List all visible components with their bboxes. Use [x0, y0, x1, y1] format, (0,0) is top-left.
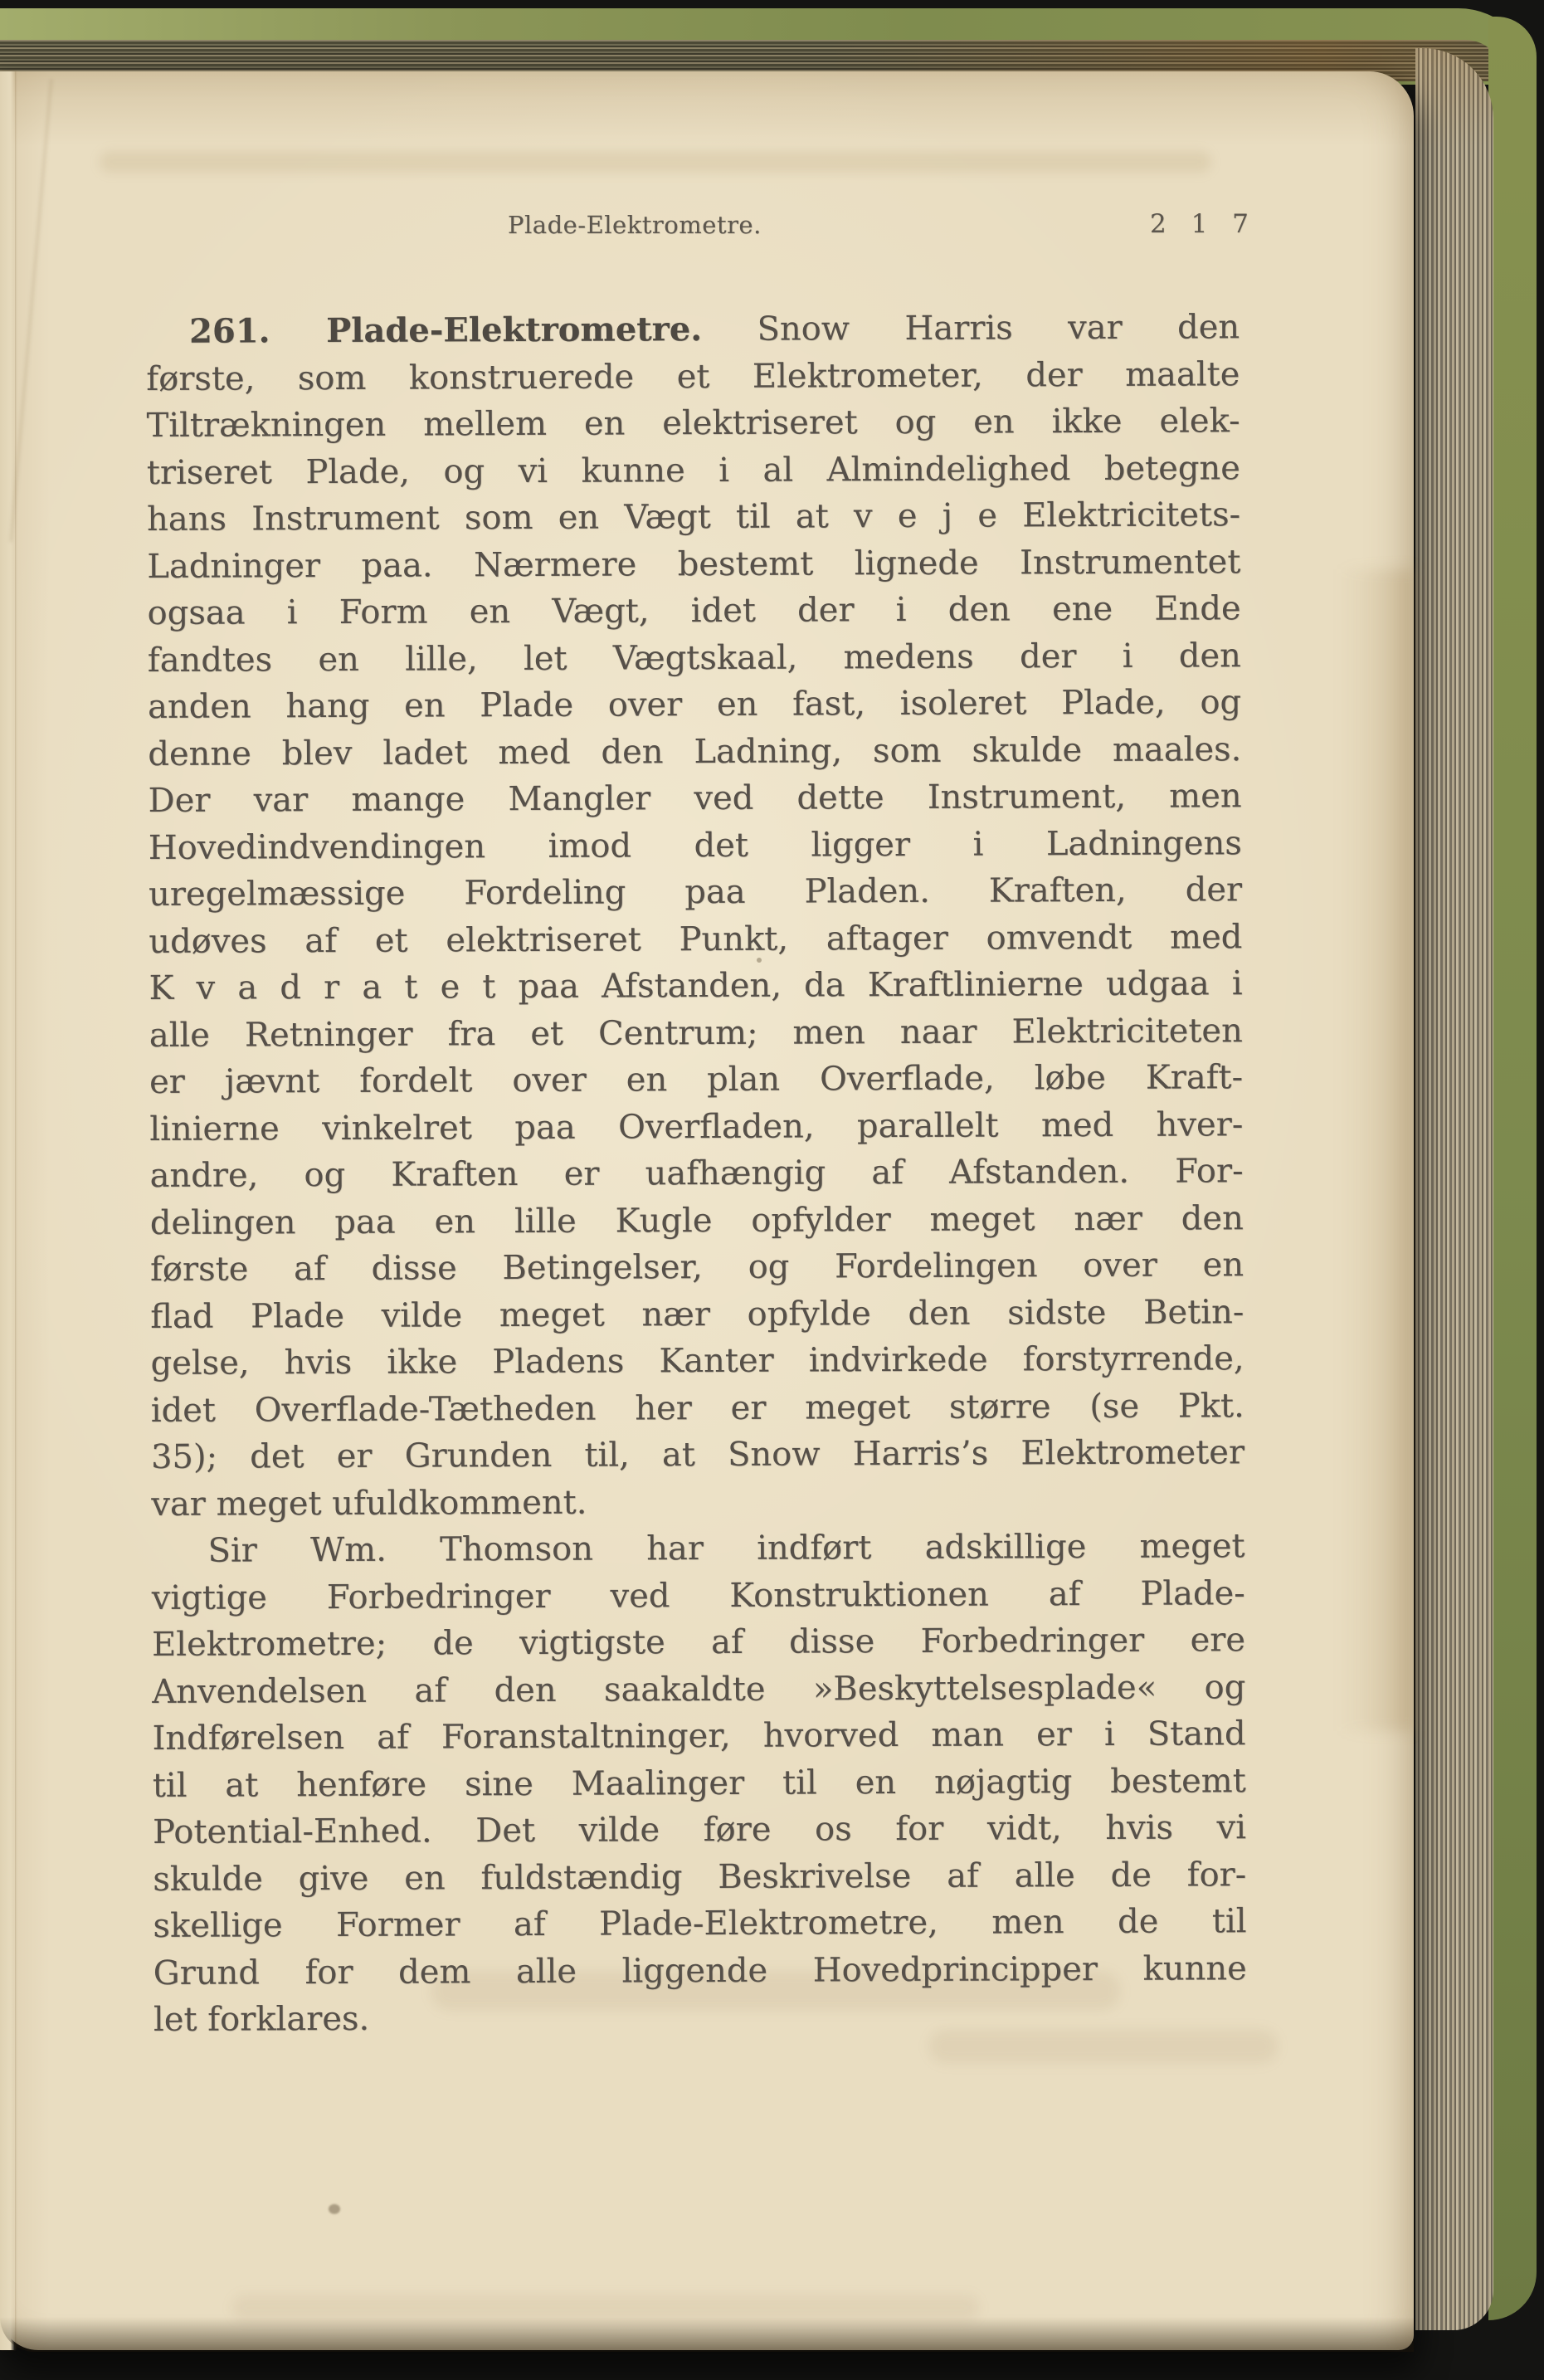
ink-speck: [329, 2204, 340, 2214]
photo-black-background: Plade-Elektrometre. 2 1 7 261. Plade-Ele…: [0, 0, 1544, 2380]
page-crease: [10, 79, 53, 542]
book-page: Plade-Elektrometre. 2 1 7 261. Plade-Ele…: [0, 71, 1414, 2350]
text-line: let forklares.: [153, 1992, 1247, 2043]
text-line: denne blev ladet med den Ladning, som sk…: [148, 726, 1241, 778]
text-line: ogsaa i Form en Vægt, idet der i den ene…: [147, 585, 1240, 636]
text-line: er jævnt fordelt over en plan Overflade,…: [149, 1054, 1243, 1105]
paper-stain: [1339, 569, 1414, 1731]
text-line: anden hang en Plade over en fast, isoler…: [148, 679, 1241, 730]
text-line: Indførelsen af Foranstaltninger, hvorved…: [152, 1710, 1245, 1762]
text-line: fandtes en lille, let Vægtskaal, medens …: [148, 632, 1241, 684]
text-line: hans Instrument som en Vægt til at v e j…: [147, 491, 1240, 543]
body-text: 261. Plade-Elektrometre. Snow Harris var…: [146, 304, 1247, 2043]
text-line: Potential-Enhed. Det vilde føre os for v…: [153, 1804, 1246, 1856]
text-line: triseret Plade, og vi kunne i al Alminde…: [147, 445, 1240, 496]
text-line: andre, og Kraften er uafhængig af Afstan…: [149, 1148, 1243, 1199]
text-line: delingen paa en lille Kugle opfylder meg…: [150, 1195, 1244, 1246]
text-line: Der var mange Mangler ved dette Instrume…: [148, 773, 1241, 824]
text-line: skellige Former af Plade-Elektrometre, m…: [153, 1898, 1246, 1949]
paper-stain: [100, 151, 1211, 173]
text-line: Elektrometre; de vigtigste af disse Forb…: [152, 1617, 1245, 1668]
text-line: skulde give en fuldstændig Beskrivelse a…: [153, 1851, 1246, 1903]
ink-bleedthrough-smudge: [232, 2295, 979, 2320]
book-cover-edge-right: [1488, 17, 1537, 2320]
text-line: flad Plade vilde meget nær opfylde den s…: [150, 1289, 1244, 1340]
text-line: første, som konstruerede et Elektrometer…: [146, 351, 1240, 402]
text-line: idet Overflade-Tætheden her er meget stø…: [151, 1383, 1244, 1434]
text-line: til at henføre sine Maalinger til en nøj…: [153, 1758, 1246, 1809]
text-line: Tiltrækningen mellem en elektriseret og …: [146, 397, 1240, 449]
text-line: 261. Plade-Elektrometre. Snow Harris var…: [146, 304, 1240, 355]
text-line: linierne vinkelret paa Overfladen, paral…: [149, 1101, 1243, 1153]
running-header: Plade-Elektrometre.: [508, 211, 762, 239]
text-line: Hovedindvendingen imod det ligger i Ladn…: [149, 820, 1242, 871]
text-line: Anvendelsen af den saakaldte »Beskyttels…: [152, 1664, 1245, 1715]
text-line: alle Retninger fra et Centrum; men naar …: [149, 1007, 1243, 1059]
page-left-torn-edge: [0, 71, 15, 2350]
text-line: første af disse Betingelser, og Fordelin…: [150, 1241, 1244, 1293]
text-line: gelse, hvis ikke Pladens Kanter indvirke…: [150, 1335, 1244, 1387]
text-line: vigtige Forbedringer ved Konstruktionen …: [152, 1570, 1245, 1622]
text-line: 35); det er Grunden til, at Snow Harris’…: [151, 1429, 1244, 1480]
text-line: var meget ufuldkomment.: [151, 1476, 1244, 1528]
page-number: 2 1 7: [1150, 209, 1257, 239]
text-line: K v a d r a t e t paa Afstanden, da Kraf…: [149, 960, 1242, 1012]
text-line: Sir Wm. Thomson har indført adskillige m…: [151, 1523, 1244, 1574]
book-fore-edge-pages: [1415, 48, 1493, 2330]
text-line: Grund for dem alle liggende Hovedprincip…: [153, 1945, 1247, 1997]
text-line: udøves af et elektriseret Punkt, aftager…: [149, 914, 1242, 965]
text-line: Ladninger paa. Nærmere bestemt lignede I…: [147, 539, 1240, 590]
text-line: uregelmæssige Fordeling paa Pladen. Kraf…: [149, 866, 1242, 918]
